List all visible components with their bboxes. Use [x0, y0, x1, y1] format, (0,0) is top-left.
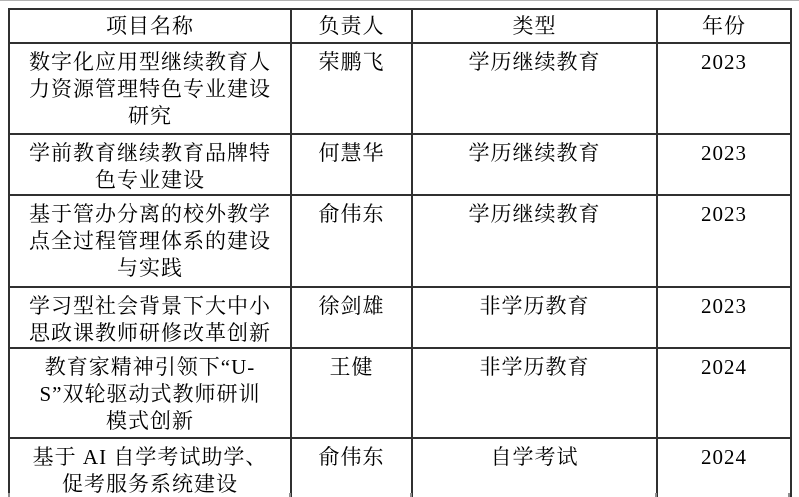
- type-cell: 学历继续教育: [412, 195, 657, 287]
- crop-mark: [8, 493, 10, 497]
- type-cell: 学历继续教育: [412, 134, 657, 195]
- crop-mark: [655, 493, 657, 497]
- year-cell: 2024: [657, 348, 791, 438]
- crop-mark: [410, 493, 412, 497]
- year-cell: 2023: [657, 195, 791, 287]
- header-row: 项目名称 负责人 类型 年份: [9, 9, 791, 43]
- column-header-leader: 负责人: [291, 9, 412, 43]
- year-cell: 2024: [657, 438, 791, 497]
- top-crop-line: [0, 0, 799, 1]
- project-cell: 基于管办分离的校外教学 点全过程管理体系的建设 与实践: [9, 195, 291, 287]
- table-body: 数字化应用型继续教育人 力资源管理特色专业建设 研究荣鹏飞学历继续教育2023学…: [9, 43, 791, 497]
- leader-cell: 俞伟东: [291, 438, 412, 497]
- project-cell: 教育家精神引领下“U- S”双轮驱动式教师研训 模式创新: [9, 348, 291, 438]
- year-cell: 2023: [657, 134, 791, 195]
- table-row: 学习型社会背景下大中小 思政课教师研修改革创新徐剑雄非学历教育2023: [9, 287, 791, 348]
- leader-cell: 王健: [291, 348, 412, 438]
- project-cell: 学前教育继续教育品牌特 色专业建设: [9, 134, 291, 195]
- type-cell: 非学历教育: [412, 348, 657, 438]
- column-header-year: 年份: [657, 9, 791, 43]
- table-row: 教育家精神引领下“U- S”双轮驱动式教师研训 模式创新王健非学历教育2024: [9, 348, 791, 438]
- column-header-project: 项目名称: [9, 9, 291, 43]
- type-cell: 非学历教育: [412, 287, 657, 348]
- table-row: 数字化应用型继续教育人 力资源管理特色专业建设 研究荣鹏飞学历继续教育2023: [9, 43, 791, 134]
- table-header: 项目名称 负责人 类型 年份: [9, 9, 791, 43]
- type-cell: 学历继续教育: [412, 43, 657, 134]
- crop-mark: [289, 493, 291, 497]
- leader-cell: 徐剑雄: [291, 287, 412, 348]
- table-row: 学前教育继续教育品牌特 色专业建设何慧华学历继续教育2023: [9, 134, 791, 195]
- leader-cell: 俞伟东: [291, 195, 412, 287]
- projects-table: 项目名称 负责人 类型 年份 数字化应用型继续教育人 力资源管理特色专业建设 研…: [8, 8, 792, 497]
- table-row: 基于管办分离的校外教学 点全过程管理体系的建设 与实践俞伟东学历继续教育2023: [9, 195, 791, 287]
- crop-mark: [788, 493, 790, 497]
- project-cell: 基于 AI 自学考试助学、 促考服务系统建设: [9, 438, 291, 497]
- year-cell: 2023: [657, 43, 791, 134]
- leader-cell: 何慧华: [291, 134, 412, 195]
- project-cell: 数字化应用型继续教育人 力资源管理特色专业建设 研究: [9, 43, 291, 134]
- leader-cell: 荣鹏飞: [291, 43, 412, 134]
- project-cell: 学习型社会背景下大中小 思政课教师研修改革创新: [9, 287, 291, 348]
- year-cell: 2023: [657, 287, 791, 348]
- type-cell: 自学考试: [412, 438, 657, 497]
- column-header-type: 类型: [412, 9, 657, 43]
- table-row: 基于 AI 自学考试助学、 促考服务系统建设俞伟东自学考试2024: [9, 438, 791, 497]
